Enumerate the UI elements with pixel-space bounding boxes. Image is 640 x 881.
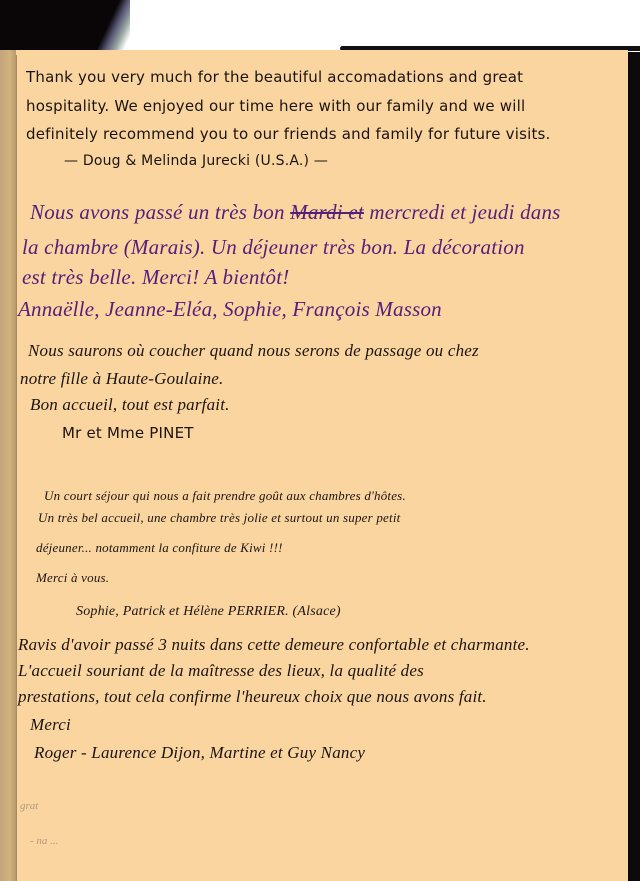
entry-line: prestations, tout cela confirme l'heureu… (18, 684, 487, 709)
entry-line: la chambre (Marais). Un déjeuner très bo… (22, 232, 525, 263)
book-binding (0, 50, 16, 881)
entry-signature: Annaëlle, Jeanne-Eléa, Sophie, François … (18, 294, 442, 325)
entry-signature: Sophie, Patrick et Hélène PERRIER. (Alsa… (76, 600, 341, 623)
entry-line: Nous avons passé un très bon Mardi et me… (30, 197, 561, 228)
binding-margin-line (16, 55, 17, 881)
page-right-edge-shadow (628, 52, 640, 881)
struck-out-text: Mardi et (290, 200, 364, 224)
entry-line: Nous saurons où coucher quand nous seron… (28, 338, 479, 364)
entry-signature: Mr et Mme PINET (62, 420, 194, 446)
entry-line: Bon accueil, tout est parfait. (30, 392, 230, 418)
entry-signature: — Doug & Melinda Jurecki (U.S.A.) — (64, 148, 328, 175)
entry-line: Un court séjour qui nous a fait prendre … (44, 484, 406, 507)
entry-line: Un très bel accueil, une chambre très jo… (38, 506, 400, 529)
entry-text: mercredi et jeudi dans (369, 200, 560, 224)
entry-line: est très belle. Merci! A bientôt! (22, 262, 289, 293)
entry-line: notre fille à Haute-Goulaine. (20, 366, 223, 392)
bleed-through-text: - na ... (30, 835, 58, 847)
entry-line: L'accueil souriant de la maîtresse des l… (18, 658, 424, 683)
entry-line: Thank you very much for the beautiful ac… (26, 64, 523, 91)
entry-line: Merci à vous. (36, 566, 109, 589)
entry-line: definitely recommend you to our friends … (26, 121, 551, 148)
entry-signature: Roger - Laurence Dijon, Martine et Guy N… (34, 740, 365, 765)
scan-dark-corner (0, 0, 130, 50)
entry-line: déjeuner... notamment la confiture de Ki… (36, 536, 283, 559)
entry-line: Ravis d'avoir passé 3 nuits dans cette d… (18, 632, 530, 657)
entry-line: hospitality. We enjoyed our time here wi… (26, 93, 525, 120)
entry-text: Nous avons passé un très bon (30, 200, 285, 224)
entry-line: Merci (30, 712, 71, 737)
bleed-through-text: grat (20, 800, 38, 812)
